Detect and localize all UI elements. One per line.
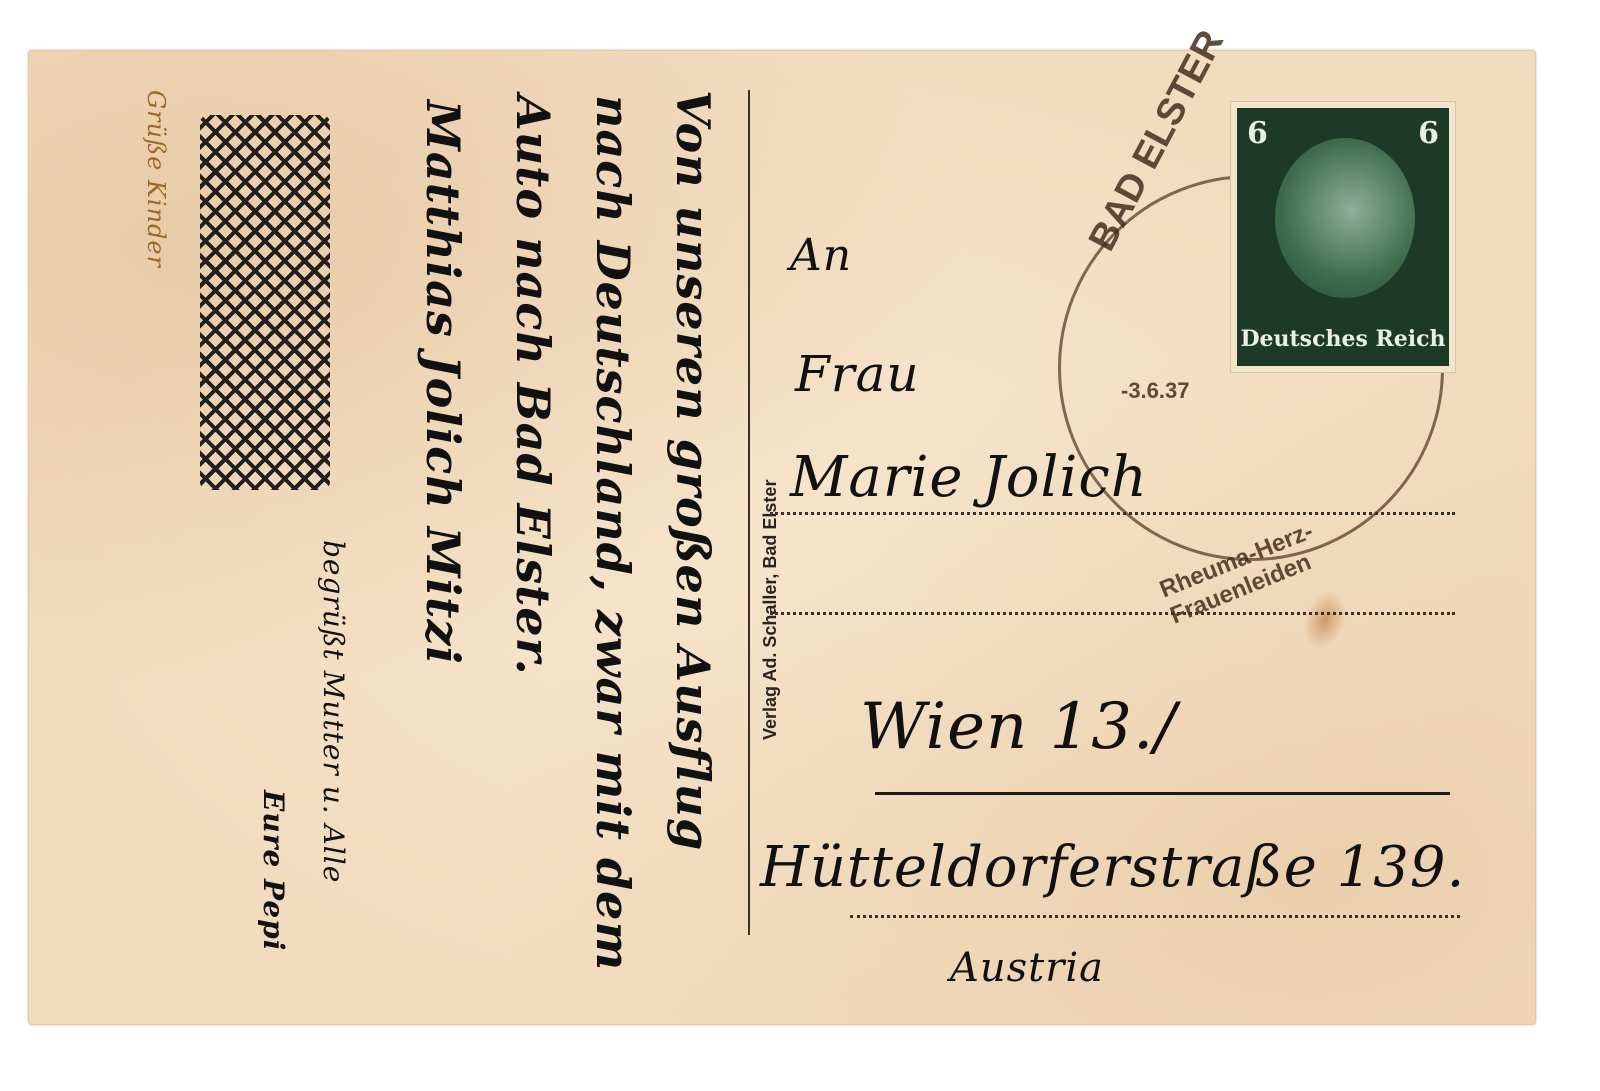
margin-note: Grüße Kinder: [142, 90, 170, 268]
stamp-country: Deutsches Reich: [1237, 326, 1449, 352]
address-line-3: [850, 915, 1460, 918]
address-country: Austria: [950, 945, 1104, 991]
city-underline: [875, 792, 1450, 795]
address-line-2: [770, 612, 1455, 615]
message-line-1: Von unseren großen Ausflug: [666, 90, 720, 851]
address-street: Hütteldorferstraße 139.: [760, 835, 1465, 900]
address-line-1: [770, 512, 1455, 515]
postscript-line-1: begrüßt Mutter u. Alle: [317, 540, 350, 883]
postmark-date: -3.6.37: [1121, 378, 1190, 404]
stamp-value-left: 6: [1247, 116, 1268, 151]
postage-stamp: 6 6 Deutsches Reich: [1237, 108, 1449, 366]
address-salutation: An: [790, 230, 852, 281]
message-line-4: Matthias Jolich Mitzi: [416, 100, 470, 665]
portrait-medallion-icon: [1275, 138, 1415, 298]
postscript-line-2: Eure Pepi: [257, 790, 290, 951]
message-line-3: Auto nach Bad Elster.: [506, 95, 560, 676]
address-city: Wien 13./: [860, 690, 1177, 764]
message-line-2: nach Deutschland, zwar mit dem: [586, 95, 640, 971]
address-name: Marie Jolich: [790, 445, 1148, 510]
center-divider: [748, 90, 750, 935]
address-title: Frau: [795, 345, 920, 403]
crossed-out-text: [200, 115, 330, 490]
stamp-value-right: 6: [1418, 116, 1439, 151]
publisher-imprint: Verlag Ad. Schaller, Bad Elster: [760, 480, 781, 740]
